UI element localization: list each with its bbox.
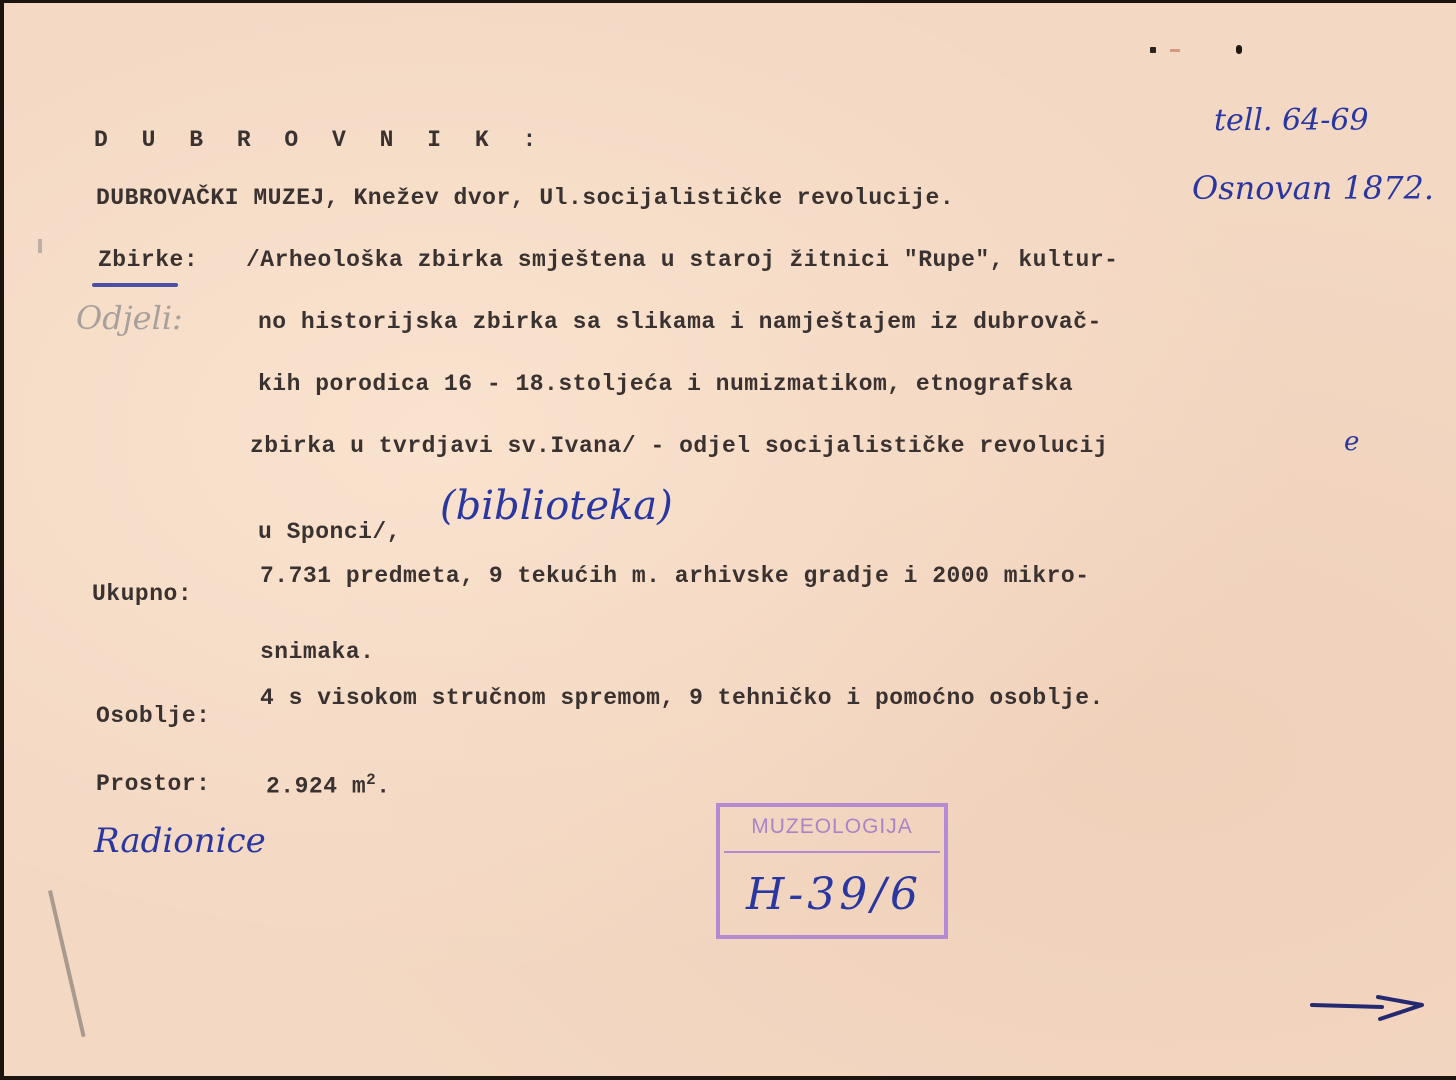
collections-line: kih porodica 16 - 18.stoljeća i numizmat… xyxy=(258,371,1073,397)
museology-stamp: MUZEOLOGIJA H-39/6 xyxy=(716,803,948,939)
pencil-stroke xyxy=(48,890,86,1037)
arrow-right-icon xyxy=(1310,989,1430,1029)
staff-value: 4 s visokom stručnom spremom, 9 tehničko… xyxy=(260,685,1104,711)
space-superscript: 2 xyxy=(366,771,376,789)
collections-label: Zbirke: xyxy=(98,247,198,273)
total-label: Ukupno: xyxy=(92,581,192,607)
punch-mark xyxy=(1150,47,1156,53)
space-amount: 2.924 m xyxy=(266,774,366,800)
collections-line: no historijska zbirka sa slikama i namje… xyxy=(258,309,1102,335)
handwritten-letter-e: e xyxy=(1344,427,1359,457)
handwritten-workshops: Radionice xyxy=(94,821,266,861)
handwritten-founded: Osnovan 1872. xyxy=(1192,169,1434,207)
space-suffix: . xyxy=(376,774,390,800)
collections-line: u Sponci/, xyxy=(258,519,401,545)
total-line: snimaka. xyxy=(260,639,374,665)
stamp-title: MUZEOLOGIJA xyxy=(720,815,944,839)
underline-stroke xyxy=(92,283,178,287)
pencil-mark xyxy=(38,239,42,253)
total-line: 7.731 predmeta, 9 tekućih m. arhivske gr… xyxy=(260,563,1090,589)
institution-line: DUBROVAČKI MUZEJ, Knežev dvor, Ul.socija… xyxy=(96,185,954,211)
punch-mark xyxy=(1236,45,1242,54)
city-heading: D U B R O V N I K : xyxy=(94,127,546,153)
space-value: 2.924 m2. xyxy=(266,771,391,800)
collections-line: zbirka u tvrdjavi sv.Ivana/ - odjel soci… xyxy=(250,433,1108,459)
stamp-reference-number: H-39/6 xyxy=(746,869,922,920)
staff-label: Osoblje: xyxy=(96,703,210,729)
collections-line: /Arheološka zbirka smještena u staroj ži… xyxy=(246,247,1118,273)
handwritten-library: (biblioteka) xyxy=(440,483,673,529)
scan-left-edge xyxy=(0,0,4,1080)
rust-mark xyxy=(1170,49,1180,52)
catalog-card: D U B R O V N I K : tell. 64-69 DUBROVAČ… xyxy=(4,3,1456,1076)
handwritten-phone: tell. 64-69 xyxy=(1214,103,1369,138)
space-label: Prostor: xyxy=(96,771,210,797)
stamp-divider xyxy=(724,851,940,853)
pencil-note-departments: Odjeli: xyxy=(76,299,183,337)
scan-bottom-edge xyxy=(0,1076,1456,1080)
